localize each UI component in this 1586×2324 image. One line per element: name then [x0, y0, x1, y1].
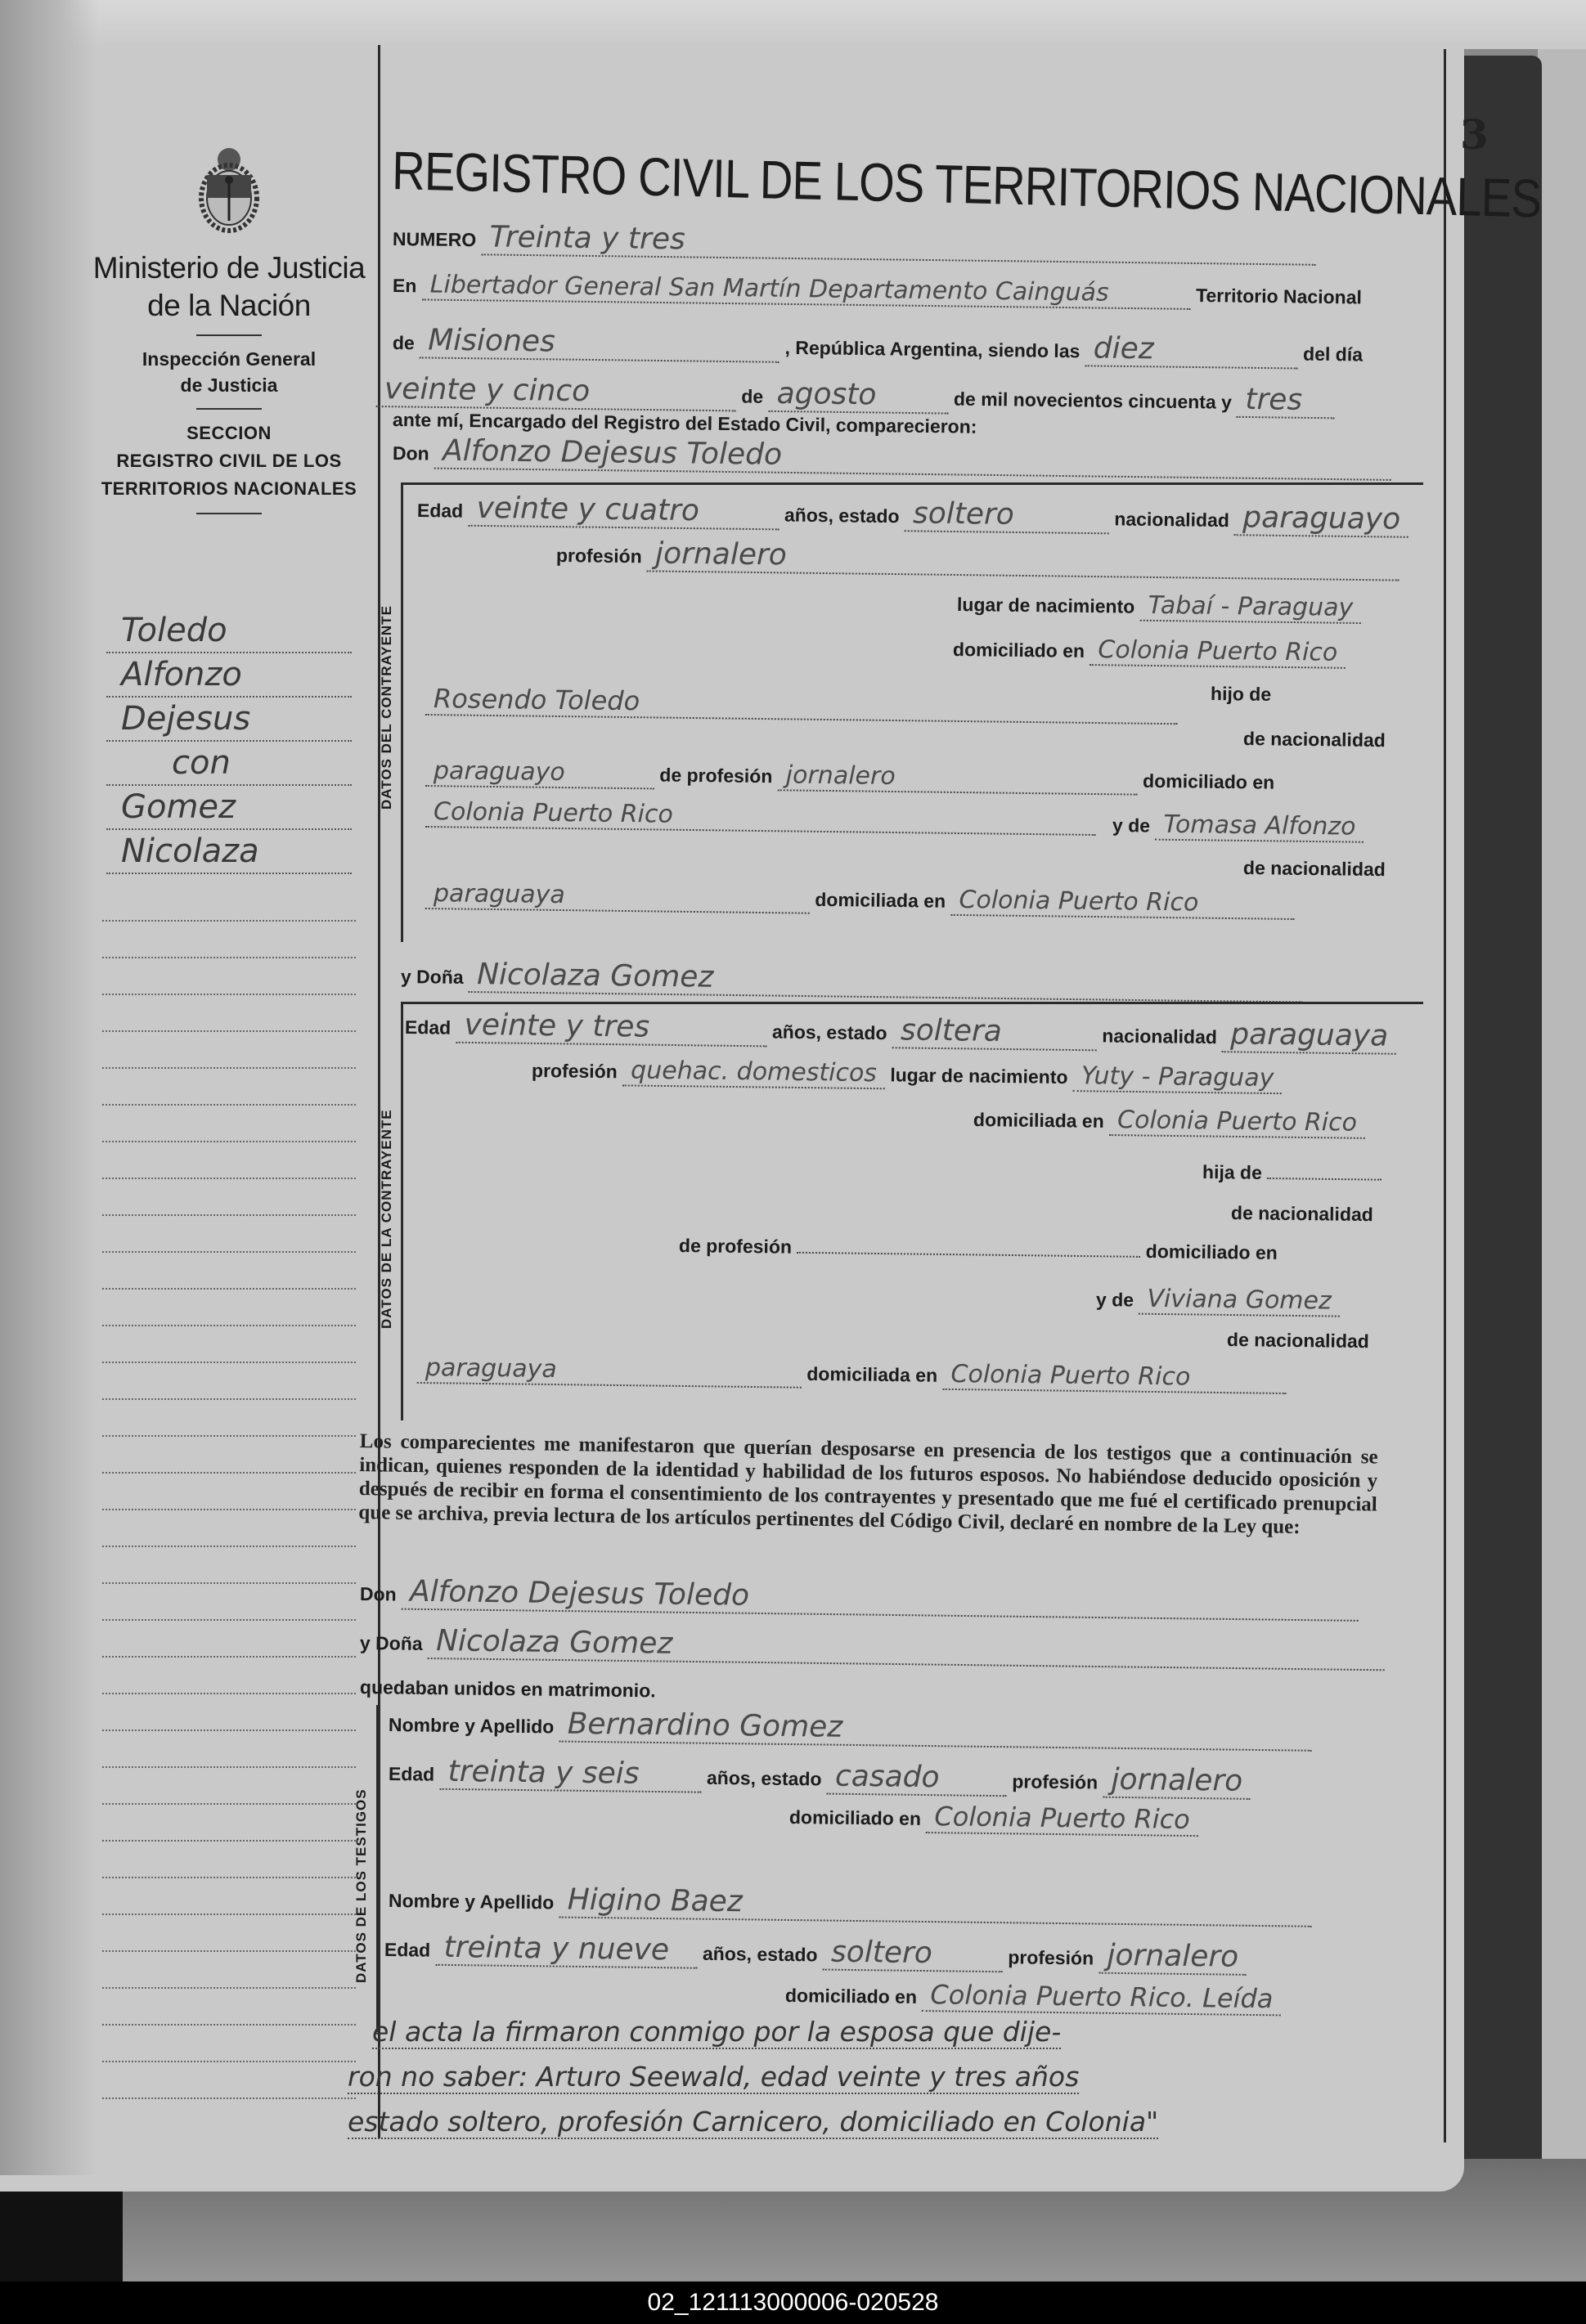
witness-1-edad-row: Edad treinta y seis años, estado casado …: [389, 1754, 1251, 1800]
numero-label: NUMERO: [393, 228, 477, 250]
right-margin-divider: [1444, 49, 1446, 2142]
bride-madre-dom-row: paraguaya domiciliada en Colonia Puerto …: [417, 1353, 1287, 1394]
bride-profesion-row: profesión quehac. domesticos lugar de na…: [532, 1055, 1283, 1094]
groom-edad-value: veinte y cuatro: [468, 491, 779, 531]
groom-madre-row: y de Tomasa Alfonzo: [1112, 810, 1364, 843]
edad-label: Edad: [389, 1763, 435, 1785]
bride-padre-prof-row: de profesión domiciliado en: [679, 1235, 1278, 1264]
witness-1-profesion: jornalero: [1103, 1763, 1251, 1800]
numero-value: Treinta y tres: [481, 220, 1315, 265]
bride-padre-value: [1267, 1178, 1382, 1181]
dona-value: Nicolaza Gomez: [469, 958, 1303, 1003]
groom-profesion-row: profesión jornalero: [556, 536, 1400, 581]
witness-1-estado: casado: [827, 1760, 1008, 1797]
groom-hijo-row: hijo de: [1211, 683, 1271, 706]
groom-padre-dom-row: Colonia Puerto Rico: [425, 797, 1096, 836]
nombre-label: Nombre y Apellido: [389, 1714, 555, 1737]
nacionalidad-label: nacionalidad: [1102, 1025, 1217, 1048]
en-label: En: [393, 275, 417, 296]
groom-madre-value: Tomasa Alfonzo: [1155, 810, 1364, 843]
bride-box: [401, 1003, 403, 1420]
lugar-label: lugar de nacimiento: [890, 1064, 1068, 1088]
de-profesion-label: de profesión: [679, 1235, 792, 1258]
bride-madre-dom-value: Colonia Puerto Rico: [942, 1360, 1286, 1394]
decl-dona-value: Nicolaza Gomez: [428, 1624, 1385, 1671]
groom-madre-nac-label-row: de nacionalidad: [1243, 857, 1386, 881]
margin-note: Alfonzo: [106, 653, 352, 698]
bride-edad-row: Edad veinte y tres años, estado soltera …: [405, 1007, 1397, 1055]
y-de-label: y de: [1096, 1289, 1134, 1311]
territorio-value: Misiones: [420, 323, 780, 362]
en-row: En Libertador General San Martín Departa…: [393, 270, 1362, 312]
profesion-label: profesión: [1008, 1946, 1094, 1968]
handwritten-note-line: estado soltero, profesión Carnicero, dom…: [348, 2106, 1158, 2139]
edad-label: Edad: [405, 1016, 452, 1039]
en-value: Libertador General San Martín Departamen…: [422, 270, 1191, 309]
groom-padre-prof-row: paraguayo de profesión jornalero domicil…: [425, 756, 1275, 797]
decl-dona-row: y Doña Nicolaza Gomez: [360, 1623, 1386, 1671]
witness-1-name-row: Nombre y Apellido Bernardino Gomez: [389, 1705, 1312, 1752]
declaration-paragraph: Los comparecientes me manifestaron que q…: [358, 1429, 1378, 1541]
groom-padre-row: Rosendo Toledo: [425, 683, 1178, 725]
witness-1-name: Bernardino Gomez: [559, 1707, 1311, 1752]
profesion-label: profesión: [1012, 1770, 1098, 1792]
handwritten-note-line: ron no saber: Arturo Seewald, edad veint…: [348, 2061, 1079, 2094]
de-nacionalidad-label: de nacionalidad: [1227, 1329, 1369, 1352]
inspection-line-2: de Justicia: [82, 372, 376, 398]
groom-nacionalidad-value: paraguayo: [1234, 500, 1409, 538]
margin-note: Gomez: [106, 786, 352, 830]
domiciliada-label: domiciliada en: [806, 1363, 937, 1386]
groom-edad-row: Edad veinte y cuatro años, estado solter…: [417, 491, 1409, 538]
witness-2-domicilio-row: domiciliado en Colonia Puerto Rico. Leíd…: [785, 1977, 1282, 2016]
groom-madre-dom-row: paraguaya domiciliada en Colonia Puerto …: [425, 879, 1295, 920]
groom-madre-dom-value: Colonia Puerto Rico: [950, 886, 1294, 920]
don-label: Don: [393, 442, 429, 464]
witness-2-estado: soltero: [823, 1936, 1004, 1973]
ministry-line-1: Ministerio de Justicia: [82, 249, 376, 287]
bride-edad-value: veinte y tres: [456, 1008, 766, 1048]
groom-profesion-value: jornalero: [647, 536, 1400, 581]
domicilio-label: domiciliado en: [789, 1806, 921, 1829]
nacionalidad-label: nacionalidad: [1114, 508, 1229, 531]
image-caption: 02_121113000006-020528: [0, 2281, 1586, 2324]
anio-label: de mil novecientos cincuenta y: [954, 388, 1232, 413]
witnesses-section-label: DATOS DE LOS TESTIGOS: [353, 1788, 370, 1983]
groom-section-label: DATOS DEL CONTRAYENTE: [379, 605, 395, 810]
del-dia-label: del día: [1303, 343, 1363, 366]
divider: [196, 513, 262, 514]
profesion-label: profesión: [556, 545, 642, 567]
divider: [401, 1002, 1423, 1004]
edad-label: Edad: [417, 500, 464, 522]
folio-number: 3: [1460, 110, 1489, 159]
bride-section-label: DATOS DE LA CONTRAYENTE: [379, 1109, 395, 1329]
anos-estado-label: años, estado: [772, 1021, 887, 1043]
divider: [196, 334, 262, 336]
ministry-header: Ministerio de Justicia de la Nación Insp…: [82, 139, 376, 524]
bride-madre-nac-value: paraguaya: [417, 1353, 802, 1389]
nombre-label: Nombre y Apellido: [389, 1890, 555, 1913]
document-title: REGISTRO CIVIL DE LOS TERRITORIOS NACION…: [392, 139, 1290, 223]
hija-label: hija de: [1202, 1161, 1262, 1183]
groom-madre-nac-value: paraguaya: [425, 879, 810, 914]
bride-madre-nac-label-row: de nacionalidad: [1227, 1329, 1369, 1353]
dia-value: veinte y cinco: [376, 372, 736, 411]
don-row: Don Alfonzo Dejesus Toledo: [393, 433, 1392, 481]
profesion-label: profesión: [532, 1060, 618, 1082]
groom-padre-dom-value: Colonia Puerto Rico: [425, 797, 1096, 836]
anos-estado-label: años, estado: [703, 1943, 818, 1966]
bride-padre-nac-row: de nacionalidad: [1231, 1202, 1373, 1226]
groom-padre-prof-value: jornalero: [778, 760, 1138, 795]
book-spine: [1456, 56, 1542, 2190]
witness-2-domicilio: Colonia Puerto Rico. Leída: [922, 1979, 1281, 2016]
domicilio-label: domiciliada en: [973, 1109, 1104, 1132]
groom-padre-value: Rosendo Toledo: [425, 683, 1178, 725]
margin-note: Nicolaza: [106, 830, 352, 874]
mes-value: agosto: [768, 377, 949, 415]
de-nacionalidad-label: de nacionalidad: [1231, 1202, 1373, 1225]
section-line-2: REGISTRO CIVIL DE LOS: [82, 447, 376, 475]
inspection-line-1: Inspección General: [82, 346, 376, 372]
bride-madre-value: Viviana Gomez: [1139, 1285, 1340, 1317]
divider: [196, 408, 262, 410]
page-top-edge: [0, 0, 1586, 49]
domiciliado-label: domiciliado en: [1143, 770, 1274, 793]
de-mes-label: de: [741, 385, 763, 406]
groom-padre-nac-label-row: de nacionalidad: [1243, 728, 1386, 751]
decl-don-row: Don Alfonzo Dejesus Toledo: [360, 1574, 1359, 1622]
margin-note: Dejesus: [106, 698, 352, 742]
handwritten-note-line: el acta la firmaron conmigo por la espos…: [372, 2016, 1061, 2049]
decl-don-value: Alfonzo Dejesus Toledo: [402, 1575, 1359, 1622]
register-page: Ministerio de Justicia de la Nación Insp…: [0, 0, 1464, 2192]
witness-1-edad: treinta y seis: [439, 1755, 702, 1793]
witness-1-domicilio: Colonia Puerto Rico: [926, 1801, 1198, 1837]
territorio-row: de Misiones , República Argentina, siend…: [393, 323, 1364, 370]
bride-domicilio-value: Colonia Puerto Rico: [1109, 1106, 1365, 1139]
republica-label: , República Argentina, siendo las: [784, 337, 1080, 361]
anio-value: tres: [1237, 383, 1336, 419]
dona-row: y Doña Nicolaza Gomez: [401, 957, 1304, 1003]
margin-notes: Toledo Alfonzo Dejesus con Gomez Nicolaz…: [106, 609, 352, 874]
don-value: Alfonzo Dejesus Toledo: [434, 434, 1391, 481]
closing-text: quedaban unidos en matrimonio.: [360, 1676, 656, 1701]
witness-1-domicilio-row: domiciliado en Colonia Puerto Rico: [789, 1799, 1198, 1837]
domicilio-label: domiciliado en: [785, 1985, 917, 2008]
dona-label: y Doña: [401, 966, 464, 988]
margin-note: con: [106, 742, 352, 786]
section-line-3: TERRITORIOS NACIONALES: [82, 475, 376, 503]
anos-estado-label: años, estado: [784, 504, 900, 527]
bride-nacionalidad-value: paraguaya: [1222, 1017, 1396, 1055]
bride-padre-prof-value: [797, 1252, 1140, 1258]
de-profesion-label: de profesión: [659, 764, 772, 787]
territorio-label: Territorio Nacional: [1196, 285, 1362, 307]
hijo-label: hijo de: [1211, 683, 1271, 705]
edad-label: Edad: [384, 1939, 431, 1961]
divider: [401, 482, 1423, 485]
de-nacionalidad-label: de nacionalidad: [1243, 728, 1386, 751]
domicilio-label: domiciliado en: [953, 639, 1085, 662]
bride-hija-row: hija de: [1202, 1161, 1382, 1186]
domiciliado-label: domiciliado en: [1146, 1241, 1278, 1263]
closing-row: quedaban unidos en matrimonio.: [360, 1676, 656, 1702]
bride-estado-value: soltera: [892, 1013, 1098, 1051]
background-right: [1538, 33, 1586, 2281]
groom-lugar-row: lugar de nacimiento Tabaí - Paraguay: [957, 589, 1362, 624]
de-nacionalidad-label: de nacionalidad: [1243, 857, 1386, 880]
groom-padre-nac-value: paraguayo: [425, 756, 654, 789]
witness-2-name-row: Nombre y Apellido Higino Baez: [389, 1881, 1312, 1927]
groom-domicilio-value: Colonia Puerto Rico: [1090, 635, 1346, 669]
de-label: de: [393, 332, 415, 353]
dona-label: y Doña: [360, 1632, 423, 1654]
hora-value: diez: [1085, 331, 1299, 369]
lugar-label: lugar de nacimiento: [957, 594, 1135, 617]
bride-profesion-value: quehac. domesticos: [622, 1056, 885, 1089]
y-de-label: y de: [1112, 814, 1150, 837]
witness-2-edad: treinta y nueve: [435, 1931, 698, 1969]
domiciliada-label: domiciliada en: [815, 889, 946, 912]
groom-estado-value: soltero: [905, 496, 1110, 534]
bride-domicilio-row: domiciliada en Colonia Puerto Rico: [973, 1104, 1365, 1139]
witness-2-edad-row: Edad treinta y nueve años, estado solter…: [384, 1930, 1247, 1976]
numero-row: NUMERO Treinta y tres: [393, 219, 1316, 266]
groom-domicilio-row: domiciliado en Colonia Puerto Rico: [953, 634, 1346, 669]
section-line-1: SECCION: [82, 419, 376, 447]
don-label: Don: [360, 1583, 397, 1605]
witness-2-name: Higino Baez: [559, 1883, 1311, 1927]
bride-lugar-value: Yuty - Paraguay: [1073, 1061, 1283, 1094]
witness-2-profesion: jornalero: [1099, 1939, 1247, 1976]
ministry-line-2: de la Nación: [82, 287, 376, 325]
bride-madre-row: y de Viviana Gomez: [1096, 1284, 1340, 1317]
anos-estado-label: años, estado: [707, 1767, 822, 1790]
groom-box: [401, 484, 403, 942]
margin-note: Toledo: [106, 609, 352, 653]
coat-of-arms-icon: [196, 139, 262, 233]
groom-lugar-value: Tabaí - Paraguay: [1139, 591, 1361, 624]
witnesses-box: [376, 1705, 379, 2032]
